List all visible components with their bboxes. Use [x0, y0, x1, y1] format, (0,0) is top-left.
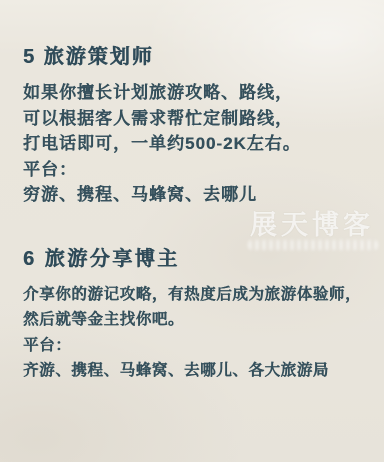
platform-list: 穷游、携程、马蜂窝、去哪儿 — [23, 182, 364, 208]
platform-label: 平台： — [23, 157, 364, 183]
section-5-paragraph: 如果你擅长计划旅游攻略、路线， 可以根据客人需求帮忙定制路线， 打电话即可，一单… — [23, 80, 364, 208]
section-travel-planner: 5 旅游策划师 如果你擅长计划旅游攻略、路线， 可以根据客人需求帮忙定制路线， … — [23, 40, 364, 208]
section-travel-blogger: 6 旅游分享博主 介享你的游记攻略，有热度后成为旅游体验师， 然后就等金主找你吧… — [23, 242, 364, 384]
platform-label: 平台： — [23, 333, 364, 359]
section-5-heading: 5 旅游策划师 — [23, 40, 364, 69]
platform-list: 齐游、携程、马蜂窝、去哪儿、各大旅游局 — [23, 358, 364, 384]
paragraph-line: 可以根据客人需求帮忙定制路线， — [23, 106, 364, 132]
paragraph-line: 如果你擅长计划旅游攻略、路线， — [23, 80, 364, 106]
card-content: 5 旅游策划师 如果你擅长计划旅游攻略、路线， 可以根据客人需求帮忙定制路线， … — [0, 0, 384, 384]
section-6-heading: 6 旅游分享博主 — [23, 242, 364, 271]
paragraph-line: 打电话即可，一单约500-2K左右。 — [23, 131, 364, 157]
section-6-paragraph: 介享你的游记攻略，有热度后成为旅游体验师， 然后就等金主找你吧。 平台： 齐游、… — [23, 282, 364, 384]
infographic-card: 展天博客 5 旅游策划师 如果你擅长计划旅游攻略、路线， 可以根据客人需求帮忙定… — [0, 0, 384, 462]
paragraph-line: 然后就等金主找你吧。 — [23, 307, 364, 333]
paragraph-line: 介享你的游记攻略，有热度后成为旅游体验师， — [23, 282, 364, 308]
